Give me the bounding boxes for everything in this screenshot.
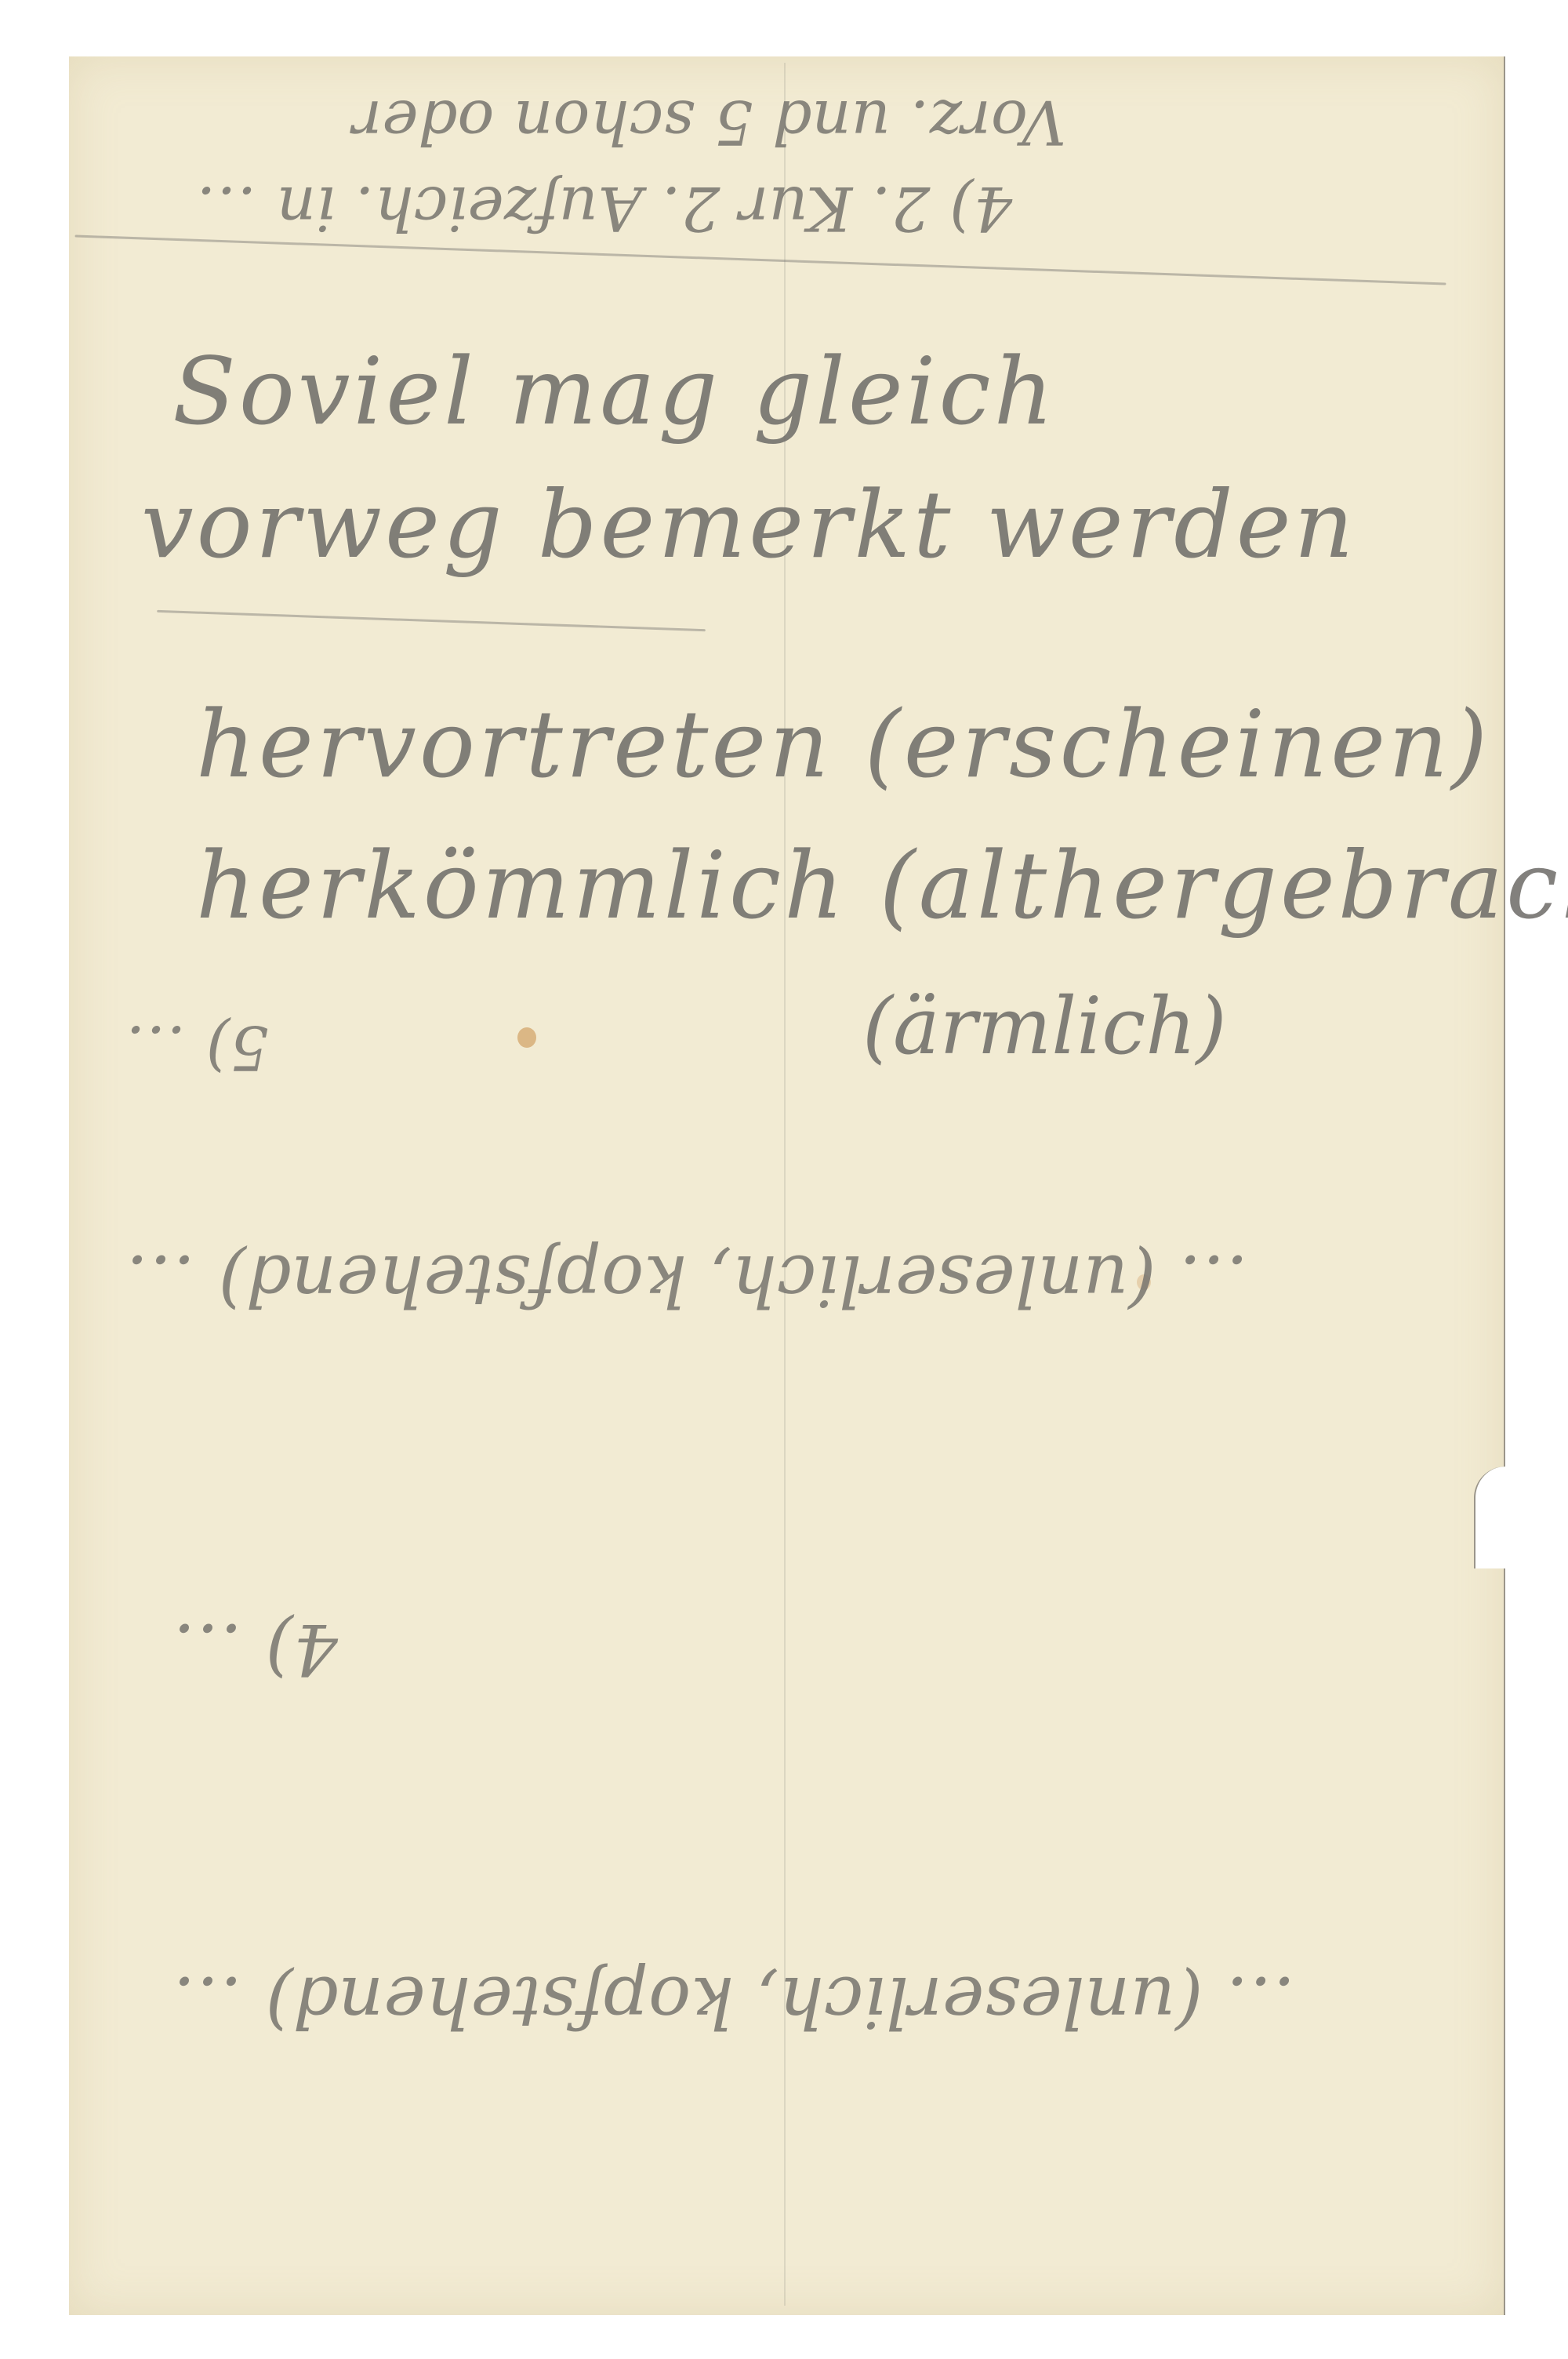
upright-line-3: hervortreten (erscheinen) <box>196 690 1490 798</box>
inverted-line-1: Vorz. und 5 schon oder <box>353 86 1066 157</box>
upright-line-4: herkömmlich (althergebracht) <box>196 831 1568 940</box>
inverted-line-3: 5) … <box>125 1012 269 1082</box>
upright-line-5: (ärmlich) <box>862 980 1227 1072</box>
paper-notch <box>1474 1467 1507 1568</box>
inverted-line-4: … (unleserlich, kopfstehend) … <box>125 1239 1249 1321</box>
upright-line-2: vorweg bemerkt werden <box>141 471 1357 579</box>
stain <box>517 1027 536 1048</box>
inverted-line-2: 4) 2. Kur 2. Aufzeich. in … <box>196 173 1012 243</box>
inverted-line-6: … (unleserlich, kopfstehend) … <box>172 1961 1296 2043</box>
upright-line-1: Soviel mag gleich <box>172 337 1057 445</box>
inverted-line-5: 4) … <box>172 1608 338 1690</box>
